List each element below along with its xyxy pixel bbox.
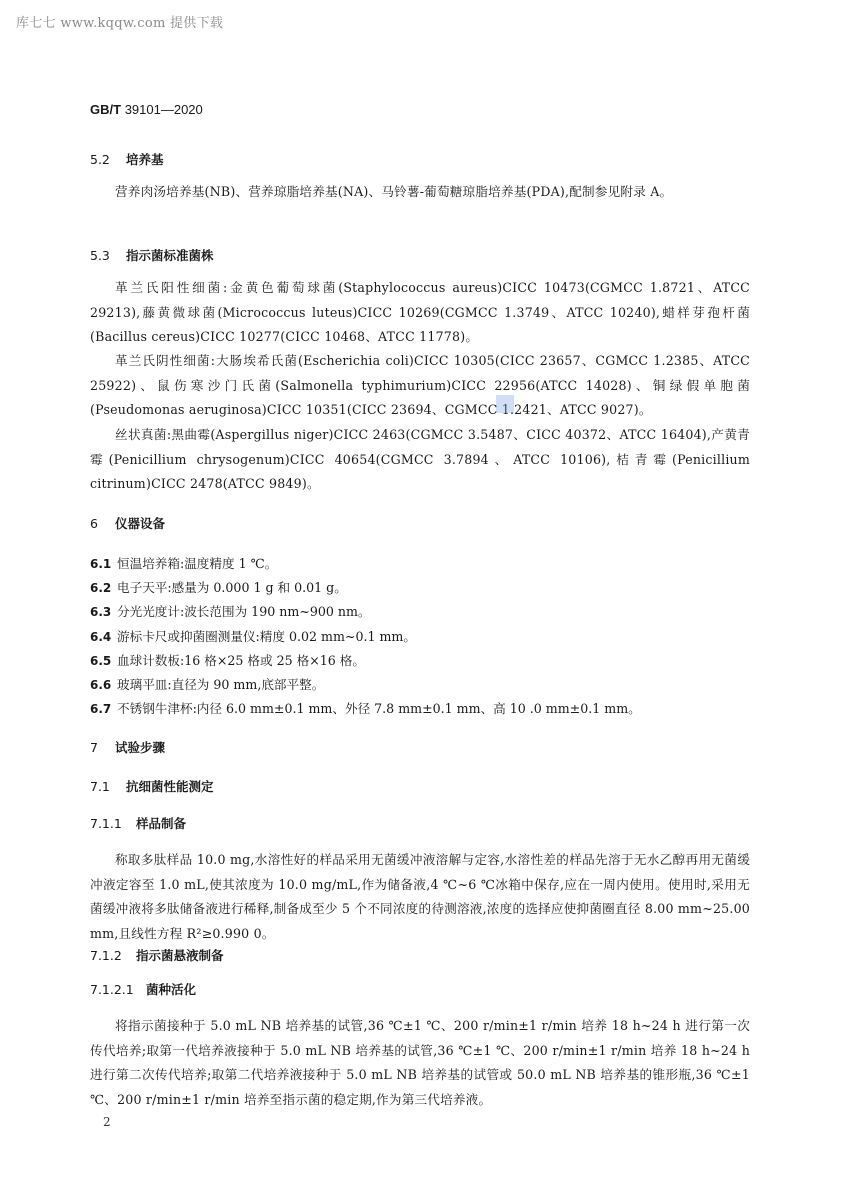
heading-5-3: 5.3指示菌标准菌株 — [90, 246, 214, 264]
list-item: 6.3分光光度计:波长范围为 190 nm~900 nm。 — [90, 601, 371, 620]
standard-prefix: GB/T — [90, 102, 121, 117]
paragraph-7-1-2-1: 将指示菌接种于 5.0 mL NB 培养基的试管,36 ℃±1 ℃、200 r/… — [90, 1014, 750, 1112]
standard-code: GB/T 39101—2020 — [90, 102, 203, 117]
highlight-mark — [496, 395, 514, 413]
heading-7-1-1: 7.1.1样品制备 — [90, 814, 186, 832]
paragraph-fungi: 丝状真菌:黑曲霉(Aspergillus niger)CICC 2463(CGM… — [90, 423, 750, 497]
list-item: 6.2电子天平:感量为 0.000 1 g 和 0.01 g。 — [90, 577, 347, 596]
paragraph-7-1-1: 称取多肽样品 10.0 mg,水溶性好的样品采用无菌缓冲液溶解与定容,水溶性差的… — [90, 848, 750, 946]
paragraph-5-2: 营养肉汤培养基(NB)、营养琼脂培养基(NA)、马铃薯-葡萄糖琼脂培养基(PDA… — [90, 180, 750, 205]
paragraph-gram-positive: 革兰氏阳性细菌:金黄色葡萄球菌(Staphylococcus aureus)CI… — [90, 276, 750, 350]
paragraph-gram-negative: 革兰氏阴性细菌:大肠埃希氏菌(Escherichia coli)CICC 103… — [90, 349, 750, 423]
heading-6: 6仪器设备 — [90, 514, 165, 532]
page-number: 2 — [103, 1115, 111, 1129]
list-item: 6.6玻璃平皿:直径为 90 mm,底部平整。 — [90, 674, 324, 693]
heading-5-2: 5.2培养基 — [90, 150, 164, 168]
standard-number: 39101—2020 — [125, 102, 203, 117]
watermark: 库七七 www.kqqw.com 提供下载 — [16, 12, 223, 31]
list-item: 6.5血球计数板:16 格×25 格或 25 格×16 格。 — [90, 650, 365, 669]
list-item: 6.4游标卡尺或抑菌圈测量仪:精度 0.02 mm~0.1 mm。 — [90, 626, 416, 645]
heading-7-1-2: 7.1.2指示菌悬液制备 — [90, 946, 224, 964]
list-item: 6.1恒温培养箱:温度精度 1 ℃。 — [90, 553, 277, 572]
heading-7: 7试验步骤 — [90, 738, 165, 756]
heading-7-1: 7.1抗细菌性能测定 — [90, 777, 214, 795]
list-item: 6.7不锈钢牛津杯:内径 6.0 mm±0.1 mm、外径 7.8 mm±0.1… — [90, 698, 641, 717]
heading-7-1-2-1: 7.1.2.1菌种活化 — [90, 980, 196, 998]
